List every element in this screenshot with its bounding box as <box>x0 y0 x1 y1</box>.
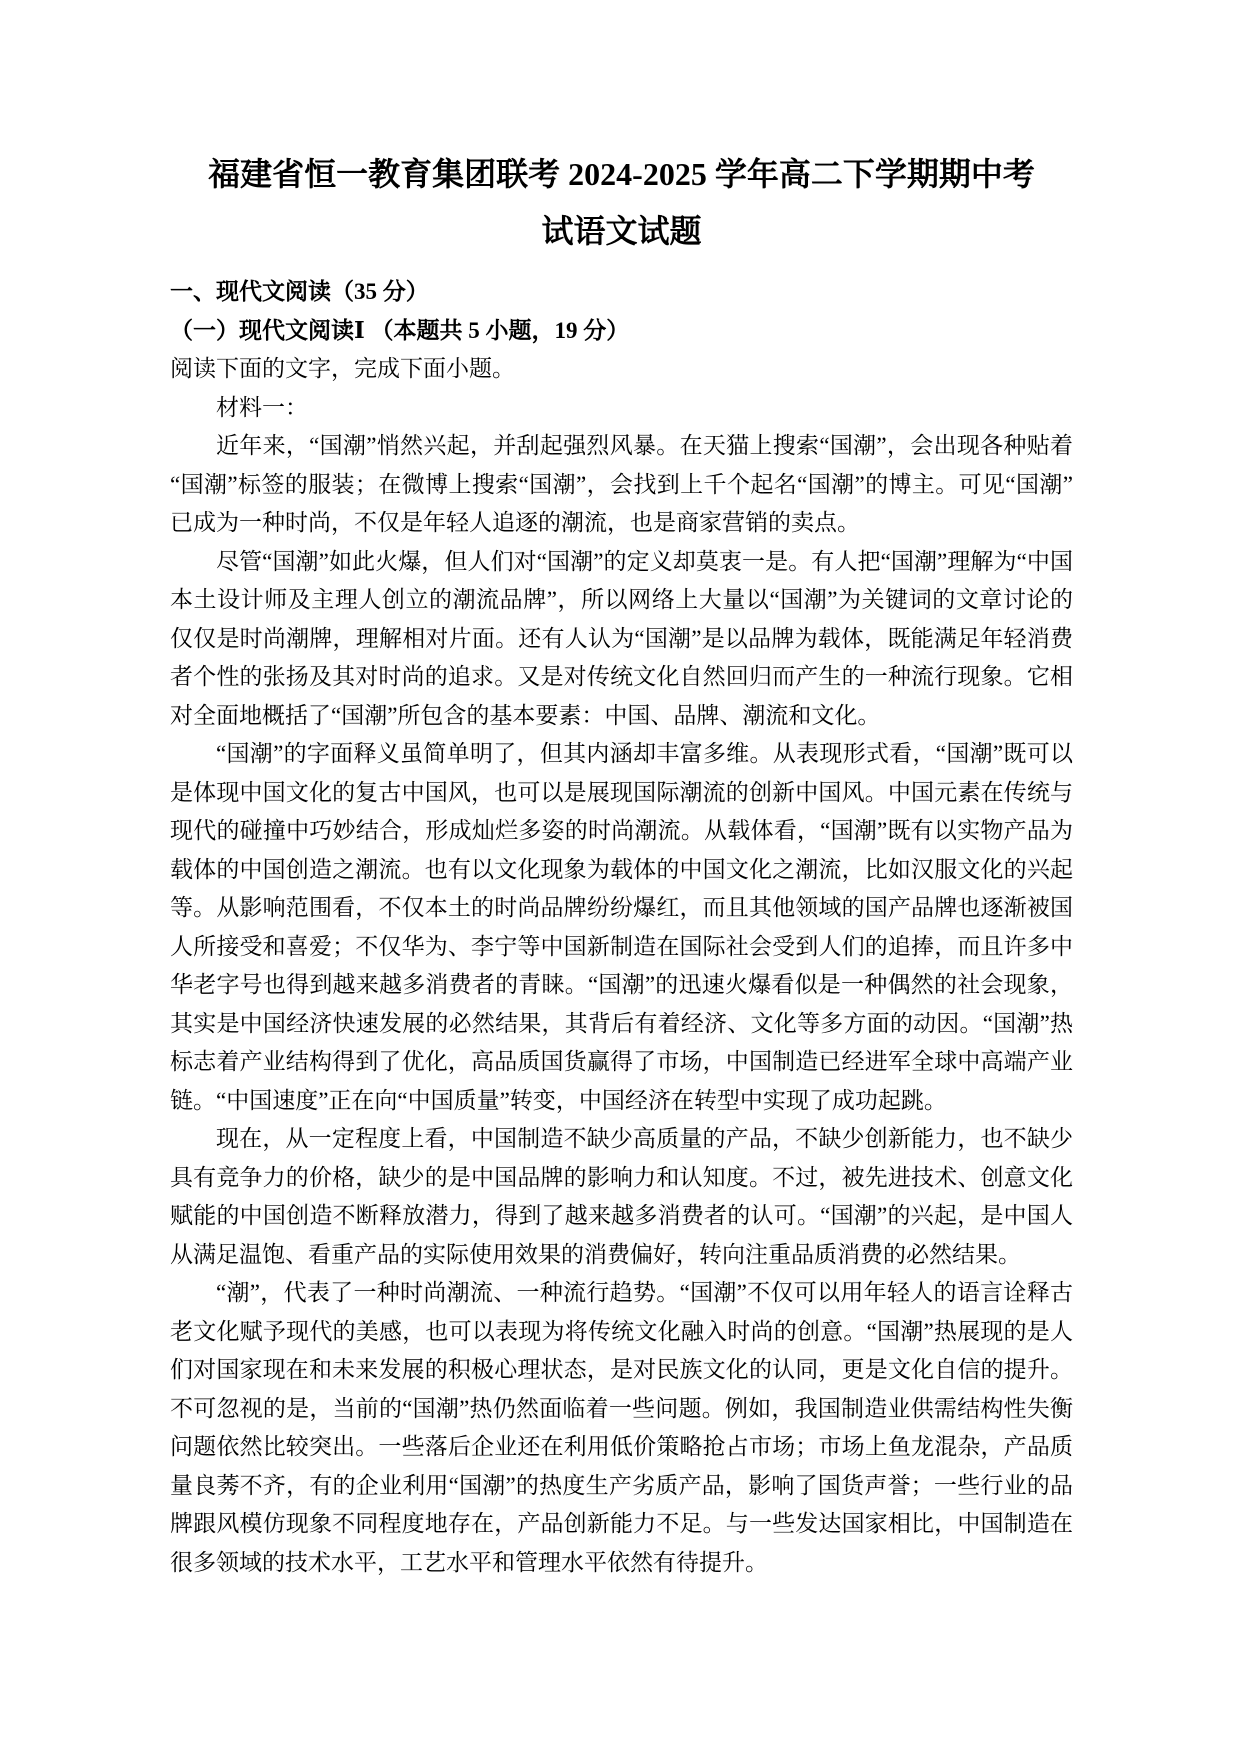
subsection-heading-reading-1: （一）现代文阅读Ⅰ （本题共 5 小题，19 分） <box>170 312 1073 351</box>
material-paragraph-5: “潮”，代表了一种时尚潮流、一种流行趋势。“国潮”不仅可以用年轻人的语言诠释古老… <box>170 1274 1073 1582</box>
section-heading-modern-reading: 一、现代文阅读（35 分） <box>170 273 1073 312</box>
exam-title: 福建省恒一教育集团联考 2024-2025 学年高二下学期期中考 试语文试题 <box>170 146 1073 260</box>
material-paragraph-4: 现在，从一定程度上看，中国制造不缺少高质量的产品，不缺少创新能力，也不缺少具有竞… <box>170 1120 1073 1274</box>
material-paragraph-2: 尽管“国潮”如此火爆，但人们对“国潮”的定义却莫衷一是。有人把“国潮”理解为“中… <box>170 543 1073 736</box>
material-paragraph-1: 近年来，“国潮”悄然兴起，并刮起强烈风暴。在天猫上搜索“国潮”，会出现各种贴着“… <box>170 427 1073 543</box>
exam-title-line-2: 试语文试题 <box>170 203 1073 260</box>
exam-paper-page: 福建省恒一教育集团联考 2024-2025 学年高二下学期期中考 试语文试题 一… <box>0 0 1240 1754</box>
reading-instruction: 阅读下面的文字，完成下面小题。 <box>170 350 1073 389</box>
exam-title-line-1: 福建省恒一教育集团联考 2024-2025 学年高二下学期期中考 <box>170 146 1073 203</box>
material-one-label: 材料一： <box>170 389 1073 428</box>
material-paragraph-3: “国潮”的字面释义虽简单明了，但其内涵却丰富多维。从表现形式看，“国潮”既可以是… <box>170 735 1073 1120</box>
